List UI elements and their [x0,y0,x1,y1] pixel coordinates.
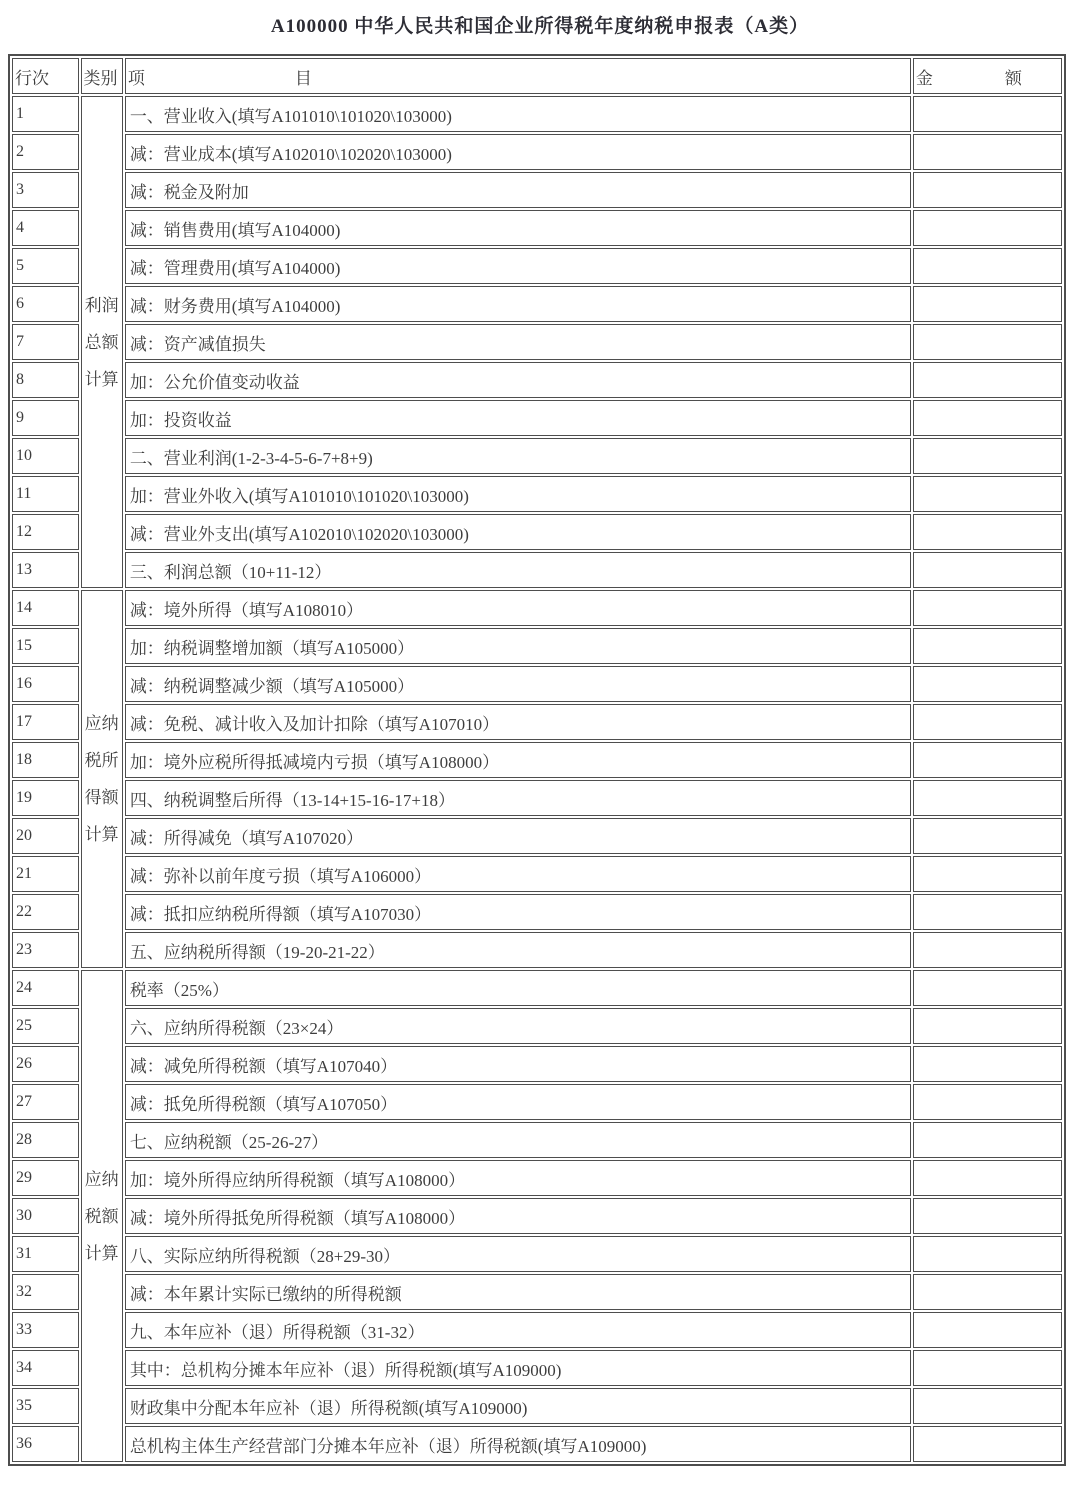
row-number-cell: 28 [12,1122,79,1158]
table-row: 8加：公允价值变动收益 [12,362,1062,398]
table-row: 28七、应纳税额（25-26-27） [12,1122,1062,1158]
row-number-cell: 10 [12,438,79,474]
row-number-cell: 2 [12,134,79,170]
header-item-char-left: 项 [128,69,145,88]
row-number-cell: 9 [12,400,79,436]
item-cell: 减：抵扣应纳税所得额（填写A107030） [125,894,911,930]
item-cell: 五、应纳税所得额（19-20-21-22） [125,932,911,968]
row-number-cell: 12 [12,514,79,550]
item-cell: 四、纳税调整后所得（13-14+15-16-17+18） [125,780,911,816]
item-cell: 减：境外所得抵免所得税额（填写A108000） [125,1198,911,1234]
row-number-cell: 26 [12,1046,79,1082]
row-number-cell: 23 [12,932,79,968]
table-row: 6减：财务费用(填写A104000) [12,286,1062,322]
amount-cell [913,1426,1062,1462]
table-row: 14应纳税所得额计算减：境外所得（填写A108010） [12,590,1062,626]
amount-cell [913,856,1062,892]
table-row: 27减：抵免所得税额（填写A107050） [12,1084,1062,1120]
row-number-cell: 8 [12,362,79,398]
row-number-cell: 34 [12,1350,79,1386]
amount-cell [913,1084,1062,1120]
item-cell: 减：税金及附加 [125,172,911,208]
table-row: 33九、本年应补（退）所得税额（31-32） [12,1312,1062,1348]
table-row: 29加：境外所得应纳所得税额（填写A108000） [12,1160,1062,1196]
table-row: 1利润总额计算一、营业收入(填写A101010\101020\103000) [12,96,1062,132]
table-row: 24应纳税额计算税率（25%） [12,970,1062,1006]
header-amount-char-left: 金 [916,69,933,88]
table-row: 16减：纳税调整减少额（填写A105000） [12,666,1062,702]
row-number-cell: 13 [12,552,79,588]
table-row: 18加：境外应税所得抵减境内亏损（填写A108000） [12,742,1062,778]
header-category: 类别 [81,58,123,94]
table-row: 13三、利润总额（10+11-12） [12,552,1062,588]
amount-cell [913,590,1062,626]
row-number-cell: 1 [12,96,79,132]
row-number-cell: 15 [12,628,79,664]
amount-cell [913,324,1062,360]
amount-cell [913,1274,1062,1310]
category-cell: 应纳税额计算 [81,970,123,1462]
item-cell: 减：管理费用(填写A104000) [125,248,911,284]
amount-cell [913,894,1062,930]
table-row: 32减：本年累计实际已缴纳的所得税额 [12,1274,1062,1310]
row-number-cell: 18 [12,742,79,778]
row-number-cell: 20 [12,818,79,854]
item-cell: 减：抵免所得税额（填写A107050） [125,1084,911,1120]
table-row: 25六、应纳所得税额（23×24） [12,1008,1062,1044]
table-row: 4减：销售费用(填写A104000) [12,210,1062,246]
category-cell: 应纳税所得额计算 [81,590,123,968]
amount-cell [913,1160,1062,1196]
item-cell: 九、本年应补（退）所得税额（31-32） [125,1312,911,1348]
item-cell: 税率（25%） [125,970,911,1006]
table-row: 30减：境外所得抵免所得税额（填写A108000） [12,1198,1062,1234]
item-cell: 三、利润总额（10+11-12） [125,552,911,588]
item-cell: 财政集中分配本年应补（退）所得税额(填写A109000) [125,1388,911,1424]
row-number-cell: 30 [12,1198,79,1234]
item-cell: 减：销售费用(填写A104000) [125,210,911,246]
amount-cell [913,286,1062,322]
amount-cell [913,742,1062,778]
row-number-cell: 16 [12,666,79,702]
amount-cell [913,1236,1062,1272]
amount-cell [913,1312,1062,1348]
table-row: 7减：资产减值损失 [12,324,1062,360]
table-row: 12减：营业外支出(填写A102010\102020\103000) [12,514,1062,550]
amount-cell [913,362,1062,398]
item-cell: 减：本年累计实际已缴纳的所得税额 [125,1274,911,1310]
tax-return-table: 行次 类别 项目 金额 1利润总额计算一、营业收入(填写A101010\1010… [8,54,1066,1466]
row-number-cell: 5 [12,248,79,284]
item-cell: 减：所得减免（填写A107020） [125,818,911,854]
row-number-cell: 29 [12,1160,79,1196]
item-cell: 减：资产减值损失 [125,324,911,360]
amount-cell [913,628,1062,664]
item-cell: 总机构主体生产经营部门分摊本年应补（退）所得税额(填写A109000) [125,1426,911,1462]
item-cell: 加：境外所得应纳所得税额（填写A108000） [125,1160,911,1196]
table-row: 31八、实际应纳所得税额（28+29-30） [12,1236,1062,1272]
header-amount: 金额 [913,58,1062,94]
table-row: 19四、纳税调整后所得（13-14+15-16-17+18） [12,780,1062,816]
amount-cell [913,514,1062,550]
row-number-cell: 22 [12,894,79,930]
table-row: 9加：投资收益 [12,400,1062,436]
table-row: 15加：纳税调整增加额（填写A105000） [12,628,1062,664]
header-amount-char-right: 额 [1005,69,1022,88]
row-number-cell: 36 [12,1426,79,1462]
form-title: A100000 中华人民共和国企业所得税年度纳税申报表（A类） [0,0,1080,38]
amount-cell [913,1350,1062,1386]
amount-cell [913,1198,1062,1234]
table-row: 2减：营业成本(填写A102010\102020\103000) [12,134,1062,170]
item-cell: 加：营业外收入(填写A101010\101020\103000) [125,476,911,512]
item-cell: 减：纳税调整减少额（填写A105000） [125,666,911,702]
table-row: 3减：税金及附加 [12,172,1062,208]
row-number-cell: 25 [12,1008,79,1044]
row-number-cell: 14 [12,590,79,626]
row-number-cell: 35 [12,1388,79,1424]
page: A100000 中华人民共和国企业所得税年度纳税申报表（A类） 行次 类别 项目… [0,0,1080,1466]
table-row: 34其中：总机构分摊本年应补（退）所得税额(填写A109000) [12,1350,1062,1386]
amount-cell [913,134,1062,170]
row-number-cell: 4 [12,210,79,246]
amount-cell [913,1008,1062,1044]
amount-cell [913,476,1062,512]
row-number-cell: 33 [12,1312,79,1348]
item-cell: 加：境外应税所得抵减境内亏损（填写A108000） [125,742,911,778]
amount-cell [913,438,1062,474]
item-cell: 减：营业外支出(填写A102010\102020\103000) [125,514,911,550]
table-row: 36总机构主体生产经营部门分摊本年应补（退）所得税额(填写A109000) [12,1426,1062,1462]
row-number-cell: 3 [12,172,79,208]
item-cell: 减：弥补以前年度亏损（填写A106000） [125,856,911,892]
row-number-cell: 7 [12,324,79,360]
item-cell: 减：境外所得（填写A108010） [125,590,911,626]
item-cell: 减：免税、减计收入及加计扣除（填写A107010） [125,704,911,740]
header-item-char-right: 目 [295,69,312,88]
item-cell: 加：纳税调整增加额（填写A105000） [125,628,911,664]
amount-cell [913,1122,1062,1158]
amount-cell [913,400,1062,436]
table-row: 26减：减免所得税额（填写A107040） [12,1046,1062,1082]
header-row-number: 行次 [12,58,79,94]
table-row: 35财政集中分配本年应补（退）所得税额(填写A109000) [12,1388,1062,1424]
table-row: 20减：所得减免（填写A107020） [12,818,1062,854]
item-cell: 六、应纳所得税额（23×24） [125,1008,911,1044]
row-number-cell: 24 [12,970,79,1006]
table-row: 23五、应纳税所得额（19-20-21-22） [12,932,1062,968]
item-cell: 八、实际应纳所得税额（28+29-30） [125,1236,911,1272]
amount-cell [913,666,1062,702]
item-cell: 减：财务费用(填写A104000) [125,286,911,322]
item-cell: 七、应纳税额（25-26-27） [125,1122,911,1158]
amount-cell [913,210,1062,246]
amount-cell [913,552,1062,588]
amount-cell [913,248,1062,284]
amount-cell [913,970,1062,1006]
amount-cell [913,932,1062,968]
table-row: 10二、营业利润(1-2-3-4-5-6-7+8+9) [12,438,1062,474]
row-number-cell: 19 [12,780,79,816]
amount-cell [913,172,1062,208]
amount-cell [913,780,1062,816]
item-cell: 加：公允价值变动收益 [125,362,911,398]
table-row: 5减：管理费用(填写A104000) [12,248,1062,284]
header-item: 项目 [125,58,911,94]
table-row: 21减：弥补以前年度亏损（填写A106000） [12,856,1062,892]
header-row: 行次 类别 项目 金额 [12,58,1062,94]
item-cell: 减：营业成本(填写A102010\102020\103000) [125,134,911,170]
amount-cell [913,818,1062,854]
item-cell: 减：减免所得税额（填写A107040） [125,1046,911,1082]
amount-cell [913,1046,1062,1082]
row-number-cell: 31 [12,1236,79,1272]
table-row: 22减：抵扣应纳税所得额（填写A107030） [12,894,1062,930]
row-number-cell: 32 [12,1274,79,1310]
row-number-cell: 27 [12,1084,79,1120]
amount-cell [913,1388,1062,1424]
item-cell: 其中：总机构分摊本年应补（退）所得税额(填写A109000) [125,1350,911,1386]
row-number-cell: 17 [12,704,79,740]
row-number-cell: 11 [12,476,79,512]
table-row: 17减：免税、减计收入及加计扣除（填写A107010） [12,704,1062,740]
row-number-cell: 21 [12,856,79,892]
amount-cell [913,704,1062,740]
row-number-cell: 6 [12,286,79,322]
item-cell: 二、营业利润(1-2-3-4-5-6-7+8+9) [125,438,911,474]
item-cell: 加：投资收益 [125,400,911,436]
category-cell: 利润总额计算 [81,96,123,588]
amount-cell [913,96,1062,132]
item-cell: 一、营业收入(填写A101010\101020\103000) [125,96,911,132]
table-row: 11加：营业外收入(填写A101010\101020\103000) [12,476,1062,512]
